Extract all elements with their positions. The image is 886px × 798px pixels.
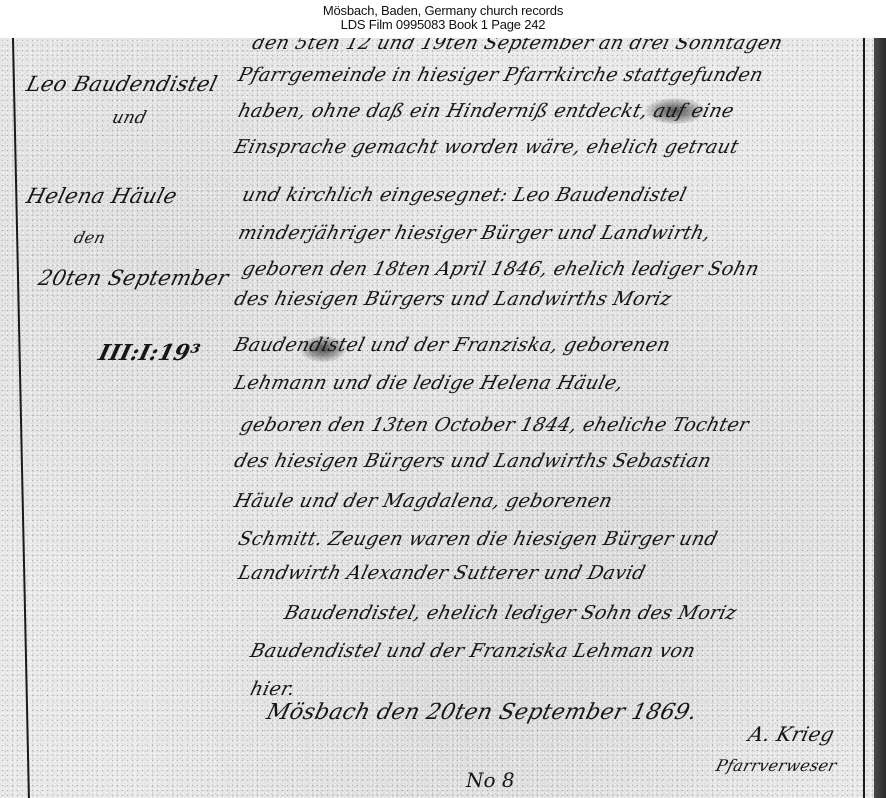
body-line: des hiesigen Bürgers und Landwirths Mori… [232, 288, 674, 310]
body-line: Einsprache gemacht worden wäre, ehelich … [232, 136, 741, 158]
page-edge-shadow [874, 38, 886, 798]
body-line: Pfarrgemeinde in hiesiger Pfarrkirche st… [236, 64, 765, 86]
body-line: Schmitt. Zeugen waren die hiesigen Bürge… [236, 528, 720, 550]
body-line: Lehmann und die ledige Helena Häule, [232, 372, 626, 394]
margin-groom-name: Leo Baudendistel [24, 72, 220, 96]
body-line: und kirchlich eingesegnet: Leo Baudendis… [240, 184, 689, 206]
body-line: Baudendistel, ehelich lediger Sohn des M… [282, 602, 739, 624]
body-line: Häule und der Magdalena, geborenen [232, 490, 615, 512]
document-subtitle: LDS Film 0995083 Book 1 Page 242 [0, 18, 886, 32]
body-line: des hiesigen Bürgers und Landwirths Seba… [232, 450, 714, 472]
body-line: den 5ten 12 und 19ten September an drei … [250, 38, 785, 54]
scanned-page: Leo Baudendistel und Helena Häule den 20… [0, 38, 886, 798]
document-header: Mösbach, Baden, Germany church records L… [0, 0, 886, 38]
right-margin-rule [863, 38, 865, 798]
margin-conjunction: und [110, 108, 149, 128]
body-line: haben, ohne daß ein Hinderniß entdeckt, … [236, 100, 736, 122]
body-line: Landwirth Alexander Sutterer und David [236, 562, 648, 584]
body-line: hier. [248, 678, 298, 700]
entry-number: No 8 [466, 768, 515, 792]
body-line: geboren den 18ten April 1846, ehelich le… [240, 258, 762, 280]
signature-title: Pfarrverweser [714, 756, 839, 775]
left-margin-rule [12, 38, 29, 798]
margin-reference: III:I:19³ [96, 340, 203, 366]
body-line: geboren den 13ten October 1844, eheliche… [238, 414, 751, 436]
signature-name: A. Krieg [746, 722, 837, 746]
margin-bride-name: Helena Häule [24, 184, 180, 208]
margin-date: 20ten September [36, 266, 231, 290]
body-line: Baudendistel und der Franziska, geborene… [232, 334, 673, 356]
body-line: minderjähriger hiesiger Bürger und Landw… [236, 222, 713, 244]
closing-place-date: Mösbach den 20ten September 1869. [264, 700, 700, 725]
document-title: Mösbach, Baden, Germany church records [0, 4, 886, 18]
body-line: Baudendistel und der Franziska Lehman vo… [248, 640, 698, 662]
margin-date-prefix: den [72, 228, 108, 247]
